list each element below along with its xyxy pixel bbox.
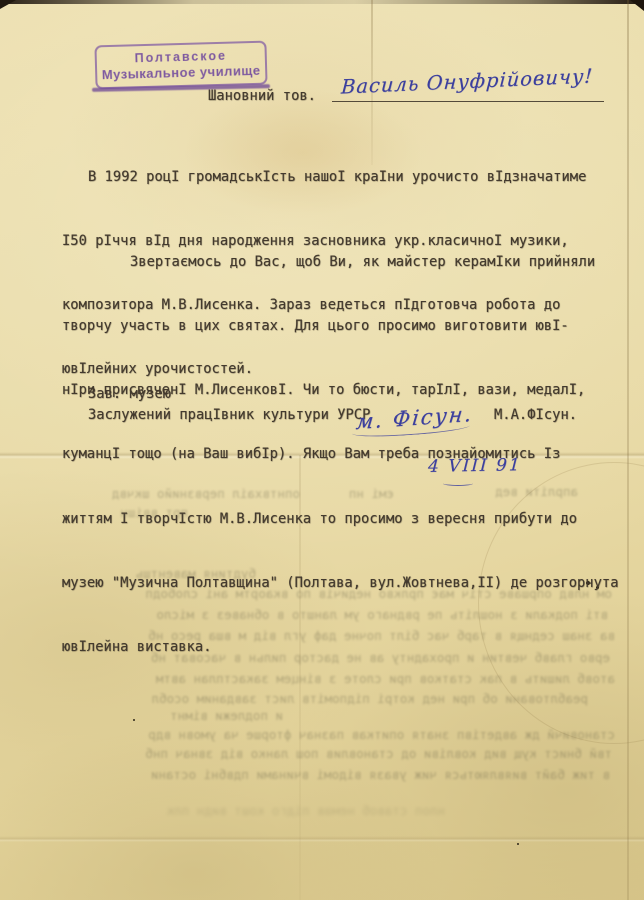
ink-speck — [517, 843, 519, 845]
ghost-text-line: ерво главб чевтин и прохаднту ав не даст… — [75, 650, 610, 665]
paragraph-2-line: творчу участь в цих святах. Для цього пр… — [62, 316, 619, 337]
institution-stamp: Полтавское Музыкальное училище — [94, 41, 267, 90]
signoff-role-line1: Зав. музею — [88, 384, 171, 405]
scan-top-edge-shadow — [0, 0, 644, 4]
ghost-text-line: реаблтовани об при нед котрі підпомітв л… — [88, 691, 588, 706]
ghost-text-line: становичй дж авдетівп знатя опиткав пазн… — [75, 727, 615, 742]
ghost-text-line: атовб лишить в пак статков при слоте з в… — [70, 671, 615, 686]
ghost-text-line: будтиня мавентшь — [88, 566, 256, 581]
ghost-text-line: ва знаш седнщя в тарб час білт почне даф… — [70, 628, 615, 643]
date-roman-numeral-underline — [443, 481, 473, 486]
paragraph-2-line: куманцІ тощо (на Ваш вибІр). Якщо Вам тр… — [62, 444, 619, 465]
ghost-text-line: ом нлвд опршаве стіч має прлкво недичів … — [75, 586, 612, 601]
ghost-text-line: ємі нп — [330, 486, 394, 501]
signoff-role-line2: Заслужений працІвник культури УРСР — [88, 405, 370, 426]
ghost-text-line: нлоп ставоб немав підго кошт видн плк — [55, 803, 445, 818]
salutation-typed: Шановний тов. — [208, 86, 316, 107]
ghost-text-line: апрліти вед — [470, 484, 578, 499]
ghost-text-line: вті подкали з ношліть пе рвднаго ум ланш… — [88, 607, 608, 622]
stamp-line2: Музыкальное училище — [102, 63, 261, 82]
handwritten-date: 4 VIII 91 — [427, 455, 522, 477]
paragraph-1-line: В 1992 роцІ громадськІсть нашоІ краІни у… — [62, 167, 586, 188]
ghost-text-line: опнтвхаіл первзнийо шкчвд — [88, 486, 300, 501]
paragraph-2-line: Звертаємось до Вас, щоб Ви, як майстер к… — [62, 252, 619, 273]
ghost-text-line: прт ввішн — [88, 505, 188, 520]
ghost-text-line: и подлежи вімнт — [88, 708, 283, 723]
signoff-typed-name: М.А.ФІсун. — [494, 405, 577, 426]
ghost-text-line: в тиж байт виявляються чиж увазя відомі … — [105, 767, 610, 782]
stamp-line1: Полтавское — [134, 49, 227, 66]
ghost-text-line: твй бнист кущ вид ковліви од становлив п… — [60, 746, 612, 761]
